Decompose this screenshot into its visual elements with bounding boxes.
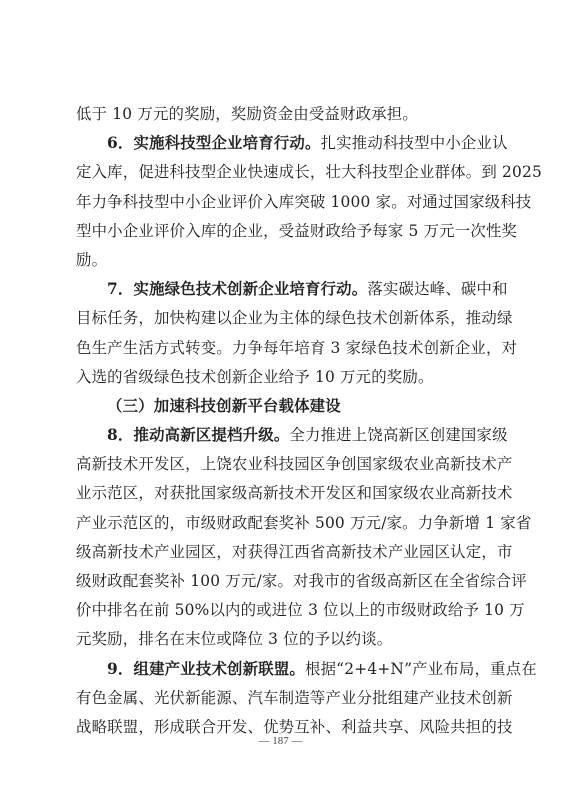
text-line: 励。 xyxy=(76,246,486,275)
text-line: 6．实施科技型企业培育行动。扎实推动科技型中小企业认 xyxy=(76,129,486,158)
text-line: 产业示范区的，市级财政配套奖补 500 万元/家。力争新增 1 家省 xyxy=(76,509,486,538)
body-text: 产业示范区的，市级财政配套奖补 500 万元/家。力争新增 1 家省 xyxy=(76,514,532,532)
body-text: 级财政配套奖补 100 万元/家。对我市的省级高新区在全省综合评 xyxy=(76,572,527,590)
body-text: 全力推进上饶高新区创建国家级 xyxy=(289,426,507,444)
text-line: 年力争科技型中小企业评价入库突破 1000 家。对通过国家级科技 xyxy=(76,188,486,217)
body-text: 业示范区，对获批国家级高新技术开发区和国家级农业高新技术 xyxy=(76,484,513,502)
text-line: 级财政配套奖补 100 万元/家。对我市的省级高新区在全省综合评 xyxy=(76,567,486,596)
body-text: 色生产生活方式转变。力争每年培育 3 家绿色技术创新企业，对 xyxy=(76,339,517,357)
body-text: 定入库，促进科技型企业快速成长，壮大科技型企业群体。到 2025 xyxy=(76,163,542,181)
text-line: 型中小企业评价入库的企业，受益财政给予每家 5 万元一次性奖 xyxy=(76,217,486,246)
body-text: 落实碳达峰、碳中和 xyxy=(367,280,507,298)
text-line: 9．组建产业技术创新联盟。根据“2+4+N”产业布局，重点在 xyxy=(76,655,486,684)
body-text: 价中排名在前 50%以内的或进位 3 位以上的市级财政给予 10 万 xyxy=(76,601,525,619)
document-body: 低于 10 万元的奖励，奖励资金由受益财政承担。6．实施科技型企业培育行动。扎实… xyxy=(76,100,486,742)
body-text: 有色金属、光伏新能源、汽车制造等产业分批组建产业技术创新 xyxy=(76,689,513,707)
text-line: 8．推动高新区提档升级。全力推进上饶高新区创建国家级 xyxy=(76,421,486,450)
text-line: 目标任务，加快构建以企业为主体的绿色技术创新体系，推动绿 xyxy=(76,304,486,333)
item-title: 7．实施绿色技术创新企业培育行动。 xyxy=(107,280,367,298)
body-text: 励。 xyxy=(76,251,107,269)
text-line: 色生产生活方式转变。力争每年培育 3 家绿色技术创新企业，对 xyxy=(76,334,486,363)
page-number: — 187 — xyxy=(0,735,561,747)
text-line: 高新技术开发区，上饶农业科技园区争创国家级农业高新技术产 xyxy=(76,450,486,479)
body-text: 级高新技术产业园区，对获得江西省高新技术产业园区认定，市 xyxy=(76,543,513,561)
body-text: 战略联盟，形成联合开发、优势互补、利益共享、风险共担的技 xyxy=(76,718,513,736)
item-title: 9．组建产业技术创新联盟。 xyxy=(107,660,305,678)
body-text: 根据“2+4+N”产业布局，重点在 xyxy=(305,660,537,678)
text-line: 入选的省级绿色技术创新企业给予 10 万元的奖励。 xyxy=(76,363,486,392)
item-title: 6．实施科技型企业培育行动。 xyxy=(107,134,321,152)
text-line: 级高新技术产业园区，对获得江西省高新技术产业园区认定，市 xyxy=(76,538,486,567)
body-text: 型中小企业评价入库的企业，受益财政给予每家 5 万元一次性奖 xyxy=(76,222,517,240)
body-text: 目标任务，加快构建以企业为主体的绿色技术创新体系，推动绿 xyxy=(76,309,513,327)
body-text: 高新技术开发区，上饶农业科技园区争创国家级农业高新技术产 xyxy=(76,455,513,473)
section-heading: （三）加速科技创新平台载体建设 xyxy=(76,392,486,421)
body-text: 入选的省级绿色技术创新企业给予 10 万元的奖励。 xyxy=(76,368,434,386)
body-text: 年力争科技型中小企业评价入库突破 1000 家。对通过国家级科技 xyxy=(76,193,532,211)
text-line: 低于 10 万元的奖励，奖励资金由受益财政承担。 xyxy=(76,100,486,129)
text-line: 定入库，促进科技型企业快速成长，壮大科技型企业群体。到 2025 xyxy=(76,158,486,187)
text-line: 价中排名在前 50%以内的或进位 3 位以上的市级财政给予 10 万 xyxy=(76,596,486,625)
item-title: 8．推动高新区提档升级。 xyxy=(107,426,289,444)
text-line: 有色金属、光伏新能源、汽车制造等产业分批组建产业技术创新 xyxy=(76,684,486,713)
item-title: （三）加速科技创新平台载体建设 xyxy=(107,397,341,415)
body-text: 元奖励，排名在末位或降位 3 位的予以约谈。 xyxy=(76,630,392,648)
text-line: 7．实施绿色技术创新企业培育行动。落实碳达峰、碳中和 xyxy=(76,275,486,304)
text-line: 元奖励，排名在末位或降位 3 位的予以约谈。 xyxy=(76,625,486,654)
body-text: 扎实推动科技型中小企业认 xyxy=(321,134,508,152)
text-line: 业示范区，对获批国家级高新技术开发区和国家级农业高新技术 xyxy=(76,479,486,508)
body-text: 低于 10 万元的奖励，奖励资金由受益财政承担。 xyxy=(76,105,418,123)
